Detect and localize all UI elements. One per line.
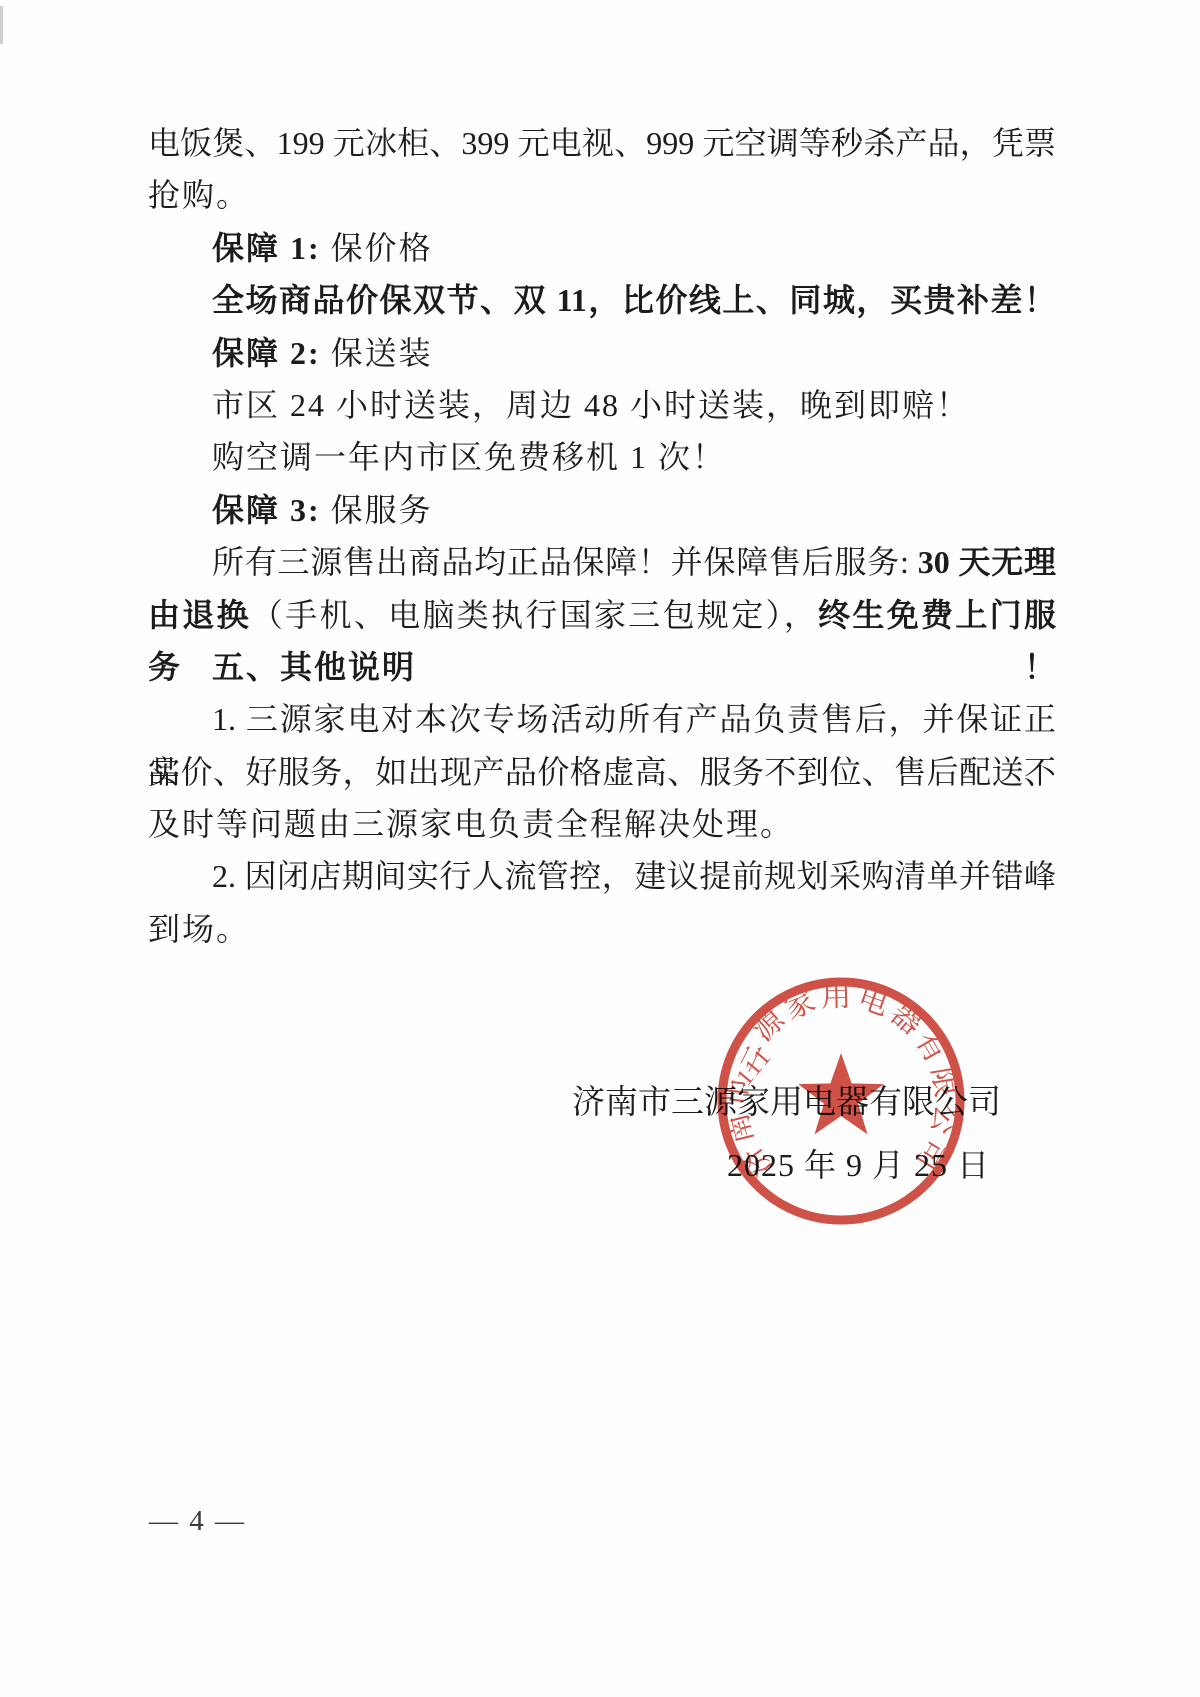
text-segment: 保服务 <box>331 492 433 528</box>
body-line: 全场商品价保双节、双 11，比价线上、同城，买贵补差！ <box>148 274 1056 326</box>
text-segment: 30 天无理 <box>918 544 1056 580</box>
text-segment: 市区 24 小时送装，周边 48 小时送装，晚到即赔！ <box>212 387 970 423</box>
text-segment: 2. 因闭店期间实行人流管控，建议提前规划采购清单并错峰 <box>212 858 1056 894</box>
document-body: 电饭煲、199 元冰柜、399 元电视、999 元空调等秒杀产品，凭票抢购。保障… <box>148 117 1056 955</box>
body-line: 保障 3: 保服务 <box>148 484 1056 536</box>
page-number: — 4 — <box>140 1505 255 1538</box>
body-line: 抢购。 <box>148 169 1056 221</box>
body-line: 购空调一年内市区免费移机 1 次！ <box>148 431 1056 483</box>
text-segment: 保价格 <box>331 230 433 266</box>
text-segment: 五、其他说明 <box>212 649 416 685</box>
body-line: 电饭煲、199 元冰柜、399 元电视、999 元空调等秒杀产品，凭票 <box>148 117 1056 169</box>
body-line: 保障 1: 保价格 <box>148 222 1056 274</box>
text-segment: （手机、电脑类执行国家三包规定）， <box>251 597 818 633</box>
document-page: 电饭煲、199 元冰柜、399 元电视、999 元空调等秒杀产品，凭票抢购。保障… <box>0 0 1200 1697</box>
scan-edge-artifact <box>0 6 3 44</box>
text-segment: 抢购。 <box>148 177 250 213</box>
text-segment: 保障 2: <box>212 335 331 371</box>
text-segment: 所有三源售出商品均正品保障！并保障售后服务: <box>212 544 918 580</box>
text-segment: 保送装 <box>331 335 433 371</box>
body-line: 1. 三源家电对本次专场活动所有产品负责售后，并保证正品、 <box>148 693 1056 745</box>
body-line: 所有三源售出商品均正品保障！并保障售后服务: 30 天无理 <box>148 536 1056 588</box>
body-line: 及时等问题由三源家电负责全程解决处理。 <box>148 798 1056 850</box>
text-segment: 由退换 <box>148 597 251 633</box>
text-segment: 购空调一年内市区免费移机 1 次！ <box>212 439 726 475</box>
text-segment: 实价、好服务，如出现产品价格虚高、服务不到位、售后配送不 <box>148 754 1056 790</box>
text-segment: 到场。 <box>148 911 250 947</box>
signature-company-name: 济南市三源家用电器有限公司 <box>572 1082 1001 1124</box>
body-line: 市区 24 小时送装，周边 48 小时送装，晚到即赔！ <box>148 379 1056 431</box>
text-segment: 保障 1: <box>212 230 331 266</box>
body-line: 实价、好服务，如出现产品价格虚高、服务不到位、售后配送不 <box>148 746 1056 798</box>
body-line: 保障 2: 保送装 <box>148 327 1056 379</box>
body-line: 到场。 <box>148 903 1056 955</box>
text-segment: 及时等问题由三源家电负责全程解决处理。 <box>148 806 794 842</box>
text-segment: 保障 3: <box>212 492 331 528</box>
text-segment: 全场商品价保双节、双 11，比价线上、同城，买贵补差！ <box>212 282 1056 318</box>
body-line: 2. 因闭店期间实行人流管控，建议提前规划采购清单并错峰 <box>148 850 1056 902</box>
signature-date: 2025 年 9 月 25 日 <box>727 1145 990 1185</box>
body-line: 由退换（手机、电脑类执行国家三包规定），终生免费上门服务！ <box>148 589 1056 641</box>
text-segment: 电饭煲、199 元冰柜、399 元电视、999 元空调等秒杀产品，凭票 <box>148 125 1056 161</box>
